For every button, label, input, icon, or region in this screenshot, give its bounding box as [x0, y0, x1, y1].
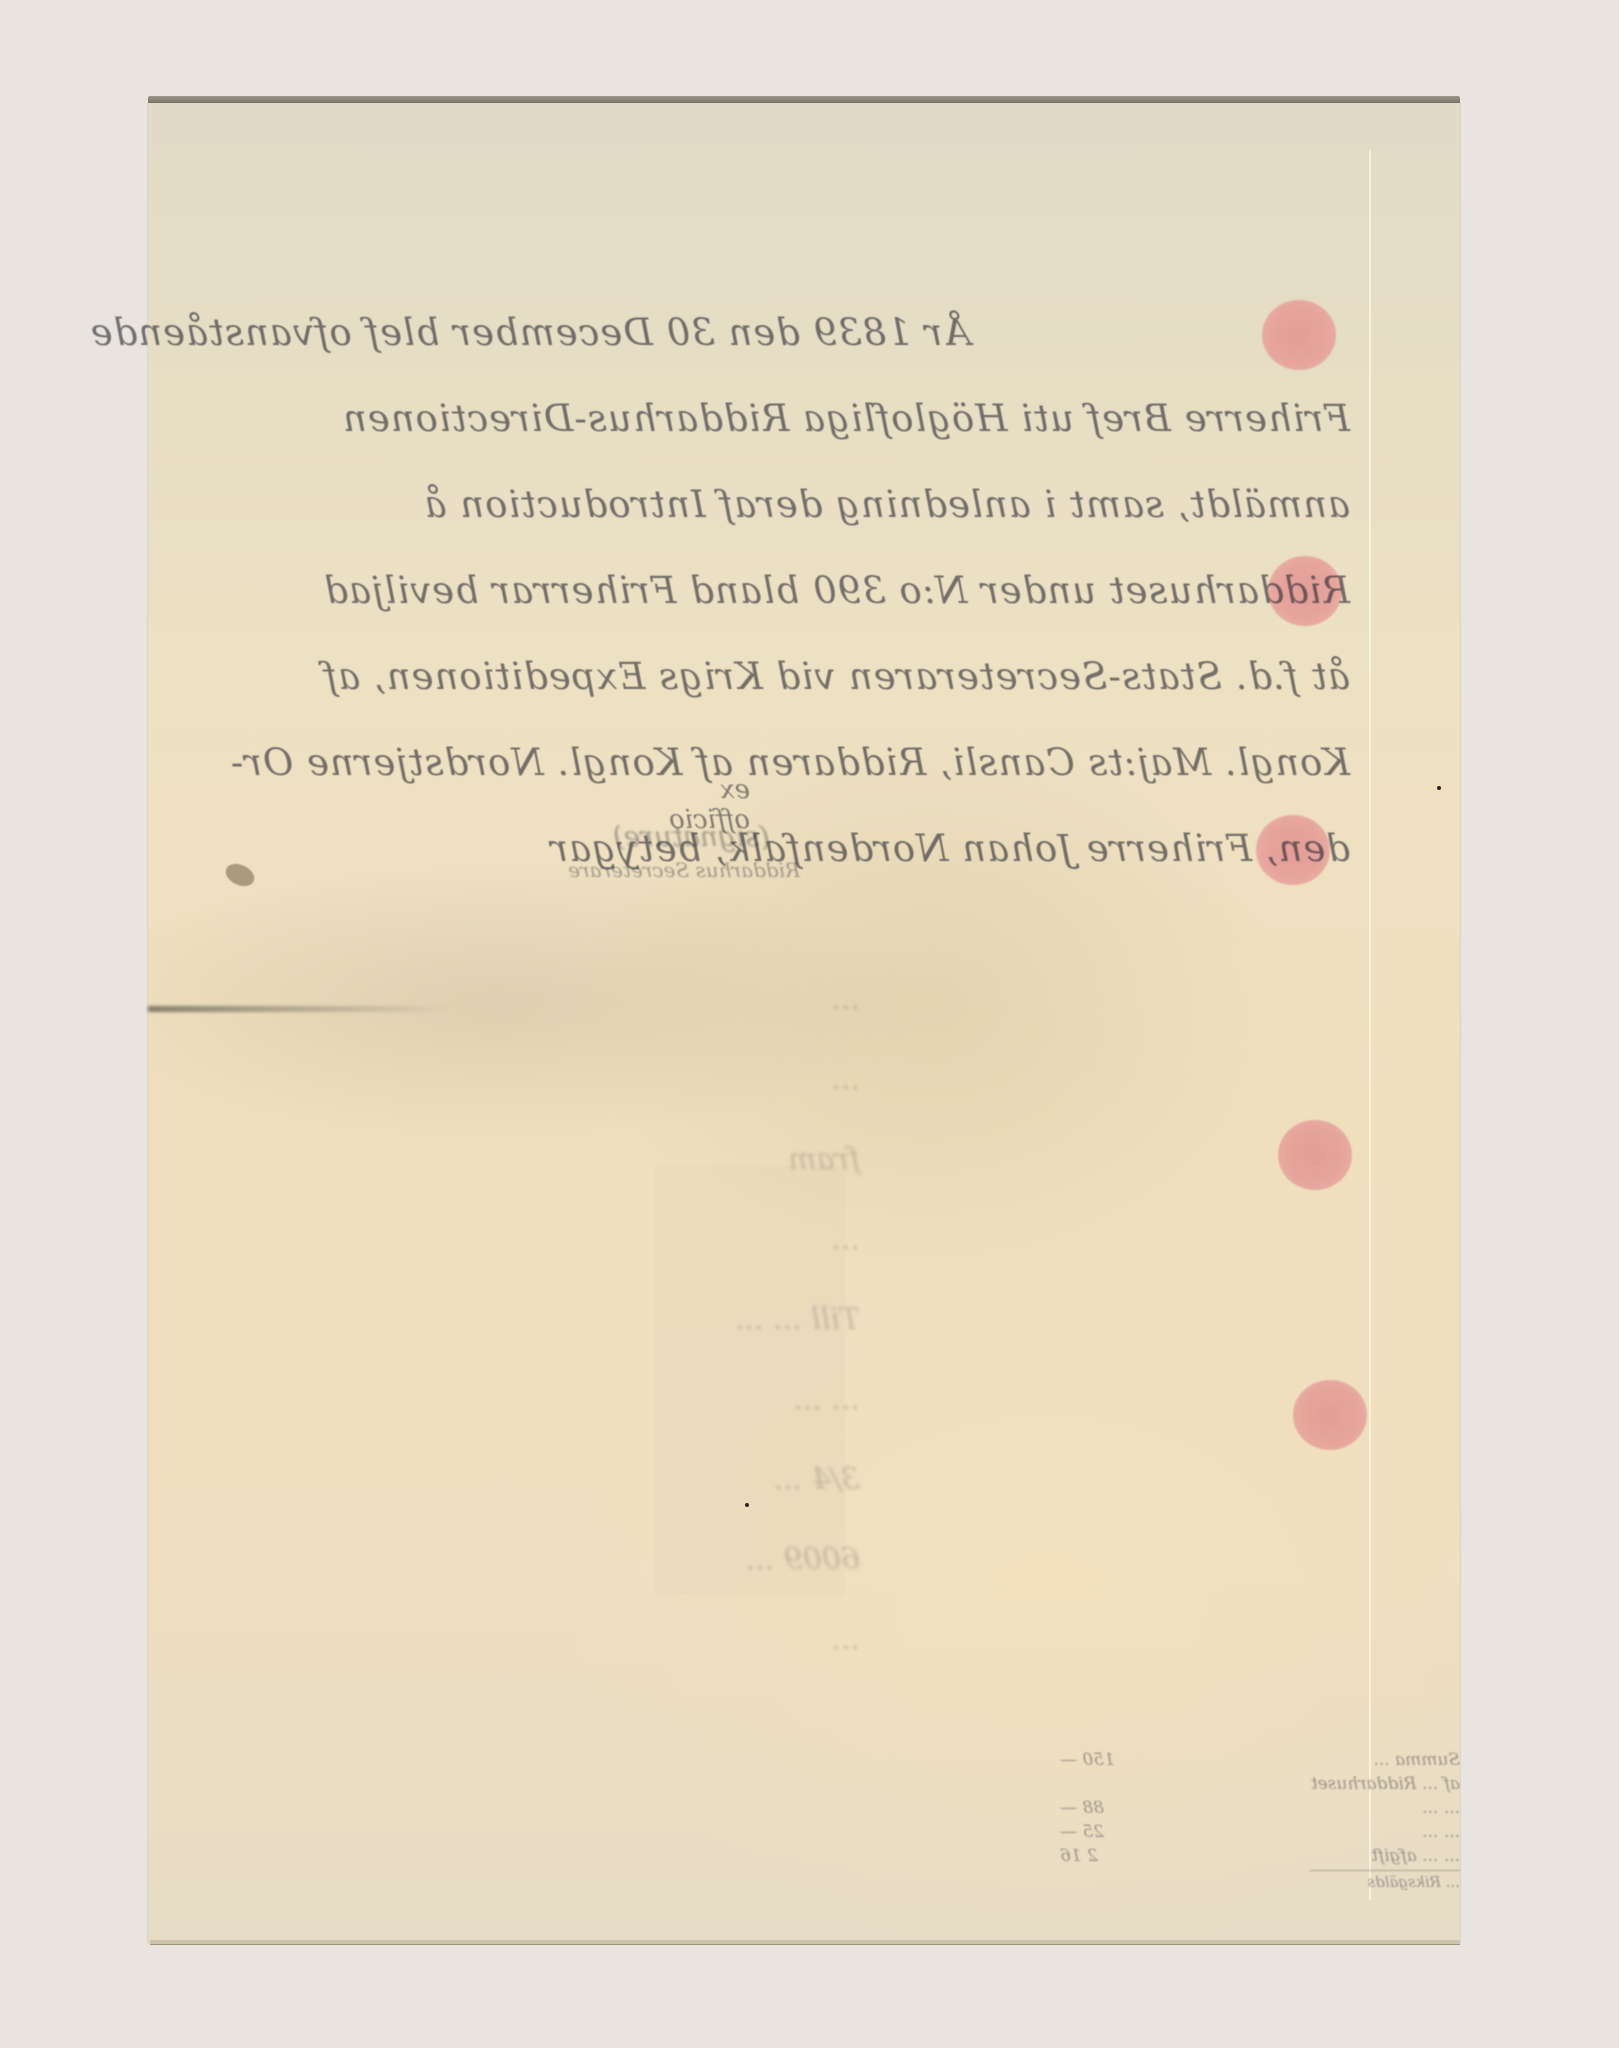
faint-line: ...	[380, 1600, 860, 1680]
wax-seal-dot-5	[1293, 1380, 1367, 1450]
text-line: Kongl. Maj:ts Cansli, Riddaren af Kongl.…	[330, 720, 1350, 806]
faint-line: Till ... ...	[380, 1280, 860, 1360]
fee-table: Summa ... 150 — af ... Riddarhuset ... .…	[1060, 1748, 1460, 1891]
faint-line: ...	[380, 960, 860, 1040]
fee-row: ... ... afgift 2 16	[1060, 1844, 1460, 1868]
fee-value: 2 16	[1060, 1844, 1098, 1868]
fee-row: ... ... 88 —	[1060, 1796, 1460, 1820]
fee-label: Summa ...	[1373, 1748, 1460, 1772]
faint-line: fram	[380, 1120, 860, 1200]
main-handwritten-text: År 1839 den 30 December blef ofvanståend…	[330, 290, 1350, 892]
text-line: Riddarhuset under N:o 390 bland Friherra…	[330, 548, 1350, 634]
faint-showthrough-text: ... ... fram ... Till ... ... ... ... 3/…	[380, 960, 860, 1680]
fee-label: ... ... afgift	[1371, 1844, 1460, 1868]
fee-row: Summa ... 150 —	[1060, 1748, 1460, 1772]
faint-line: ...	[380, 1040, 860, 1120]
fee-row: af ... Riddarhuset	[1060, 1772, 1460, 1796]
fee-row: ... ... 25 —	[1060, 1820, 1460, 1844]
signature-title: Riddarhus Secreterare	[560, 858, 800, 882]
text-line: Friherre Bref uti Höglofliga Riddarhus-D…	[330, 376, 1350, 462]
fee-label: ... ...	[1422, 1796, 1460, 1820]
fee-label: ... ...	[1422, 1820, 1460, 1844]
faint-line: 3/4 ...	[380, 1440, 860, 1520]
faint-line: ... ...	[380, 1360, 860, 1440]
signature: (signature)	[560, 820, 770, 853]
fee-value: 88 —	[1060, 1796, 1104, 1820]
page-bottom-edge	[150, 1940, 1460, 1945]
vertical-crease	[1369, 150, 1371, 1900]
fee-value: 150 —	[1060, 1748, 1115, 1772]
faint-line: 6009 ...	[380, 1520, 860, 1600]
speck	[1437, 786, 1441, 790]
fee-label: af ... Riddarhuset	[1311, 1772, 1460, 1796]
text-line: åt f.d. Stats-Secreteraren vid Krigs Exp…	[330, 634, 1350, 720]
text-line: anmäldt, samt i anledning deraf Introduc…	[330, 462, 1350, 548]
fee-value: 25 —	[1060, 1820, 1104, 1844]
faint-line: ...	[380, 1200, 860, 1280]
fee-divider	[1310, 1870, 1460, 1871]
text-line: den, Friherre Johan Nordenfalk, betygar	[330, 806, 1350, 892]
text-line: År 1839 den 30 December blef ofvanståend…	[330, 290, 1350, 376]
wax-seal-dot-4	[1278, 1120, 1352, 1190]
fee-total-label: ... Riksgälds	[1060, 1873, 1460, 1891]
